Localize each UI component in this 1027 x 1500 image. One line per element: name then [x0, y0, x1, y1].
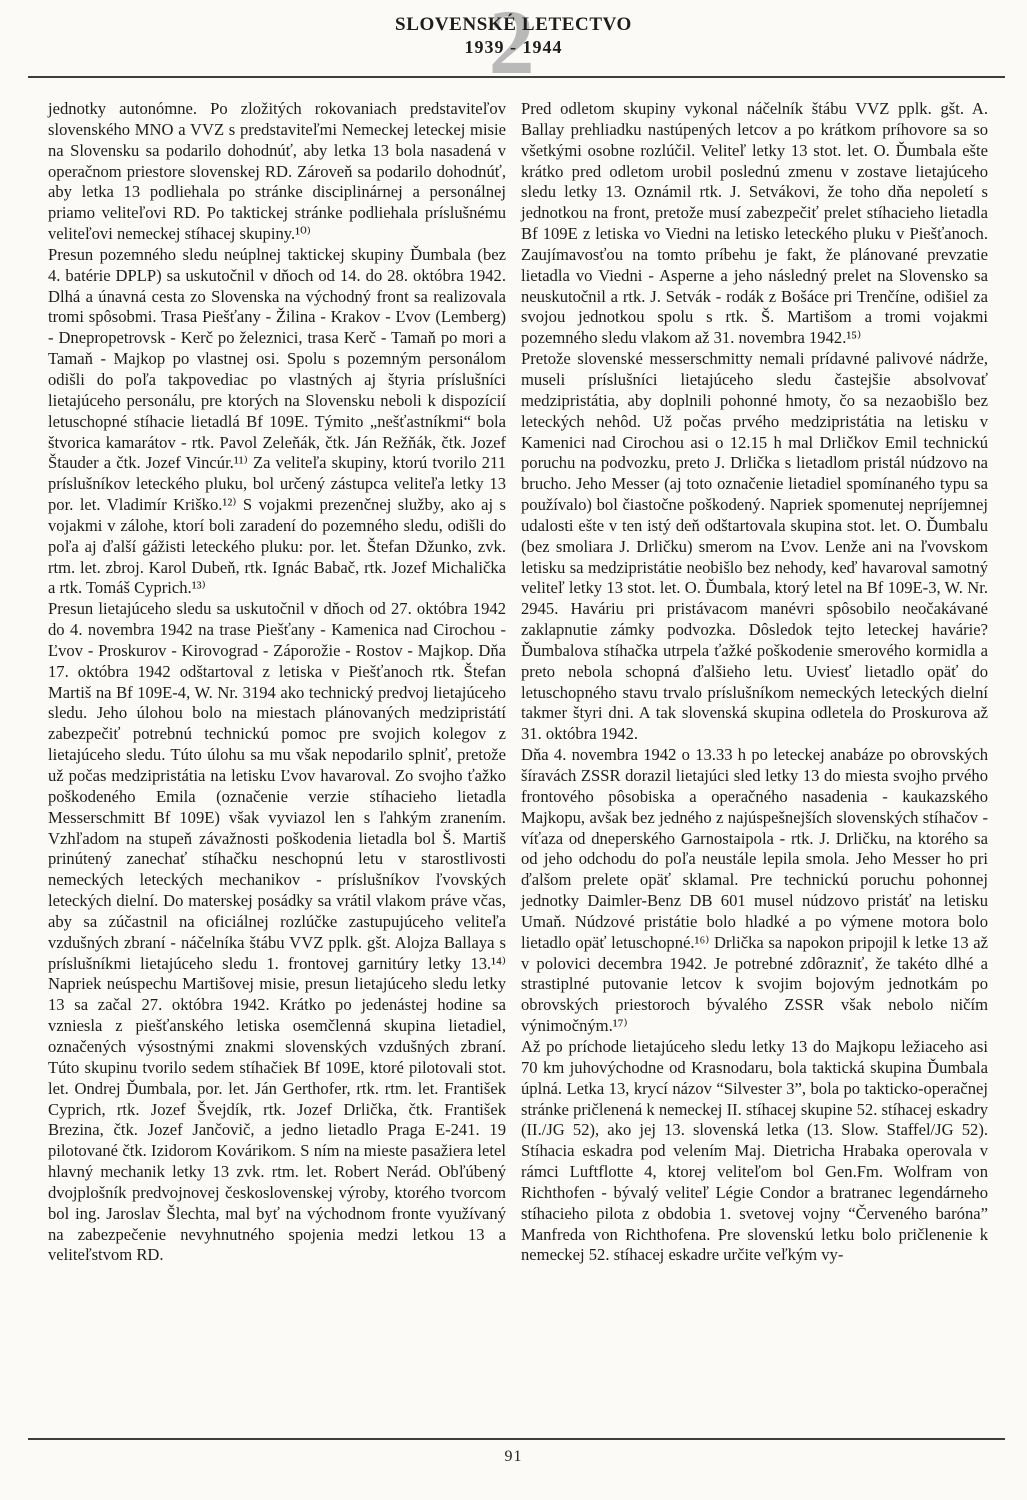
page-header: SLOVENSKÉ LETECTVO 1939 - 1944 — [0, 13, 1027, 58]
footer-rule — [28, 1438, 1005, 1440]
text-columns: jednotky autonómne. Po zložitých rokovan… — [48, 99, 988, 1266]
paragraph-continuation: jednotky autonómne. Po zložitých rokovan… — [48, 99, 506, 245]
header-rule — [28, 76, 1005, 78]
right-column: Pred odletom skupiny vykonal náčelník št… — [521, 99, 988, 1266]
book-page: 2 SLOVENSKÉ LETECTVO 1939 - 1944 jednotk… — [0, 0, 1027, 1500]
paragraph: Dňa 4. novembra 1942 o 13.33 h po leteck… — [521, 745, 988, 1037]
paragraph: Pretože slovenské messerschmitty nemali … — [521, 349, 988, 745]
book-years: 1939 - 1944 — [0, 36, 1027, 58]
paragraph: Pred odletom skupiny vykonal náčelník št… — [521, 99, 988, 349]
paragraph-continued-next-page: Až po príchode lietajúceho sledu letky 1… — [521, 1037, 988, 1266]
paragraph: Presun lietajúceho sledu sa uskutočnil v… — [48, 599, 506, 1266]
page-footer: 91 — [0, 1448, 1027, 1466]
book-title: SLOVENSKÉ LETECTVO — [0, 13, 1027, 36]
left-column: jednotky autonómne. Po zložitých rokovan… — [48, 99, 506, 1266]
paragraph: Presun pozemného sledu neúplnej takticke… — [48, 245, 506, 599]
page-number: 91 — [505, 1448, 523, 1465]
